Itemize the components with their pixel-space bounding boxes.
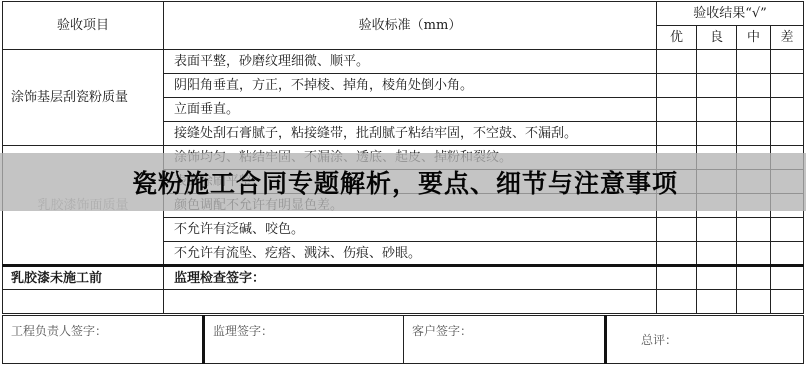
check-cell-excellent[interactable] [657, 290, 697, 314]
check-cell-fair[interactable] [737, 218, 771, 242]
check-cell-excellent[interactable] [657, 122, 697, 146]
table-row: 涂饰基层刮瓷粉质量 表面平整，砂磨纹理细微、顺平。 [3, 50, 804, 74]
criterion: 阴阳角垂直，方正，不掉棱、掉角，棱角处倒小角。 [164, 74, 657, 98]
check-cell-poor[interactable] [771, 218, 804, 242]
pre-construction-row: 乳胶漆未施工前 监理检查签字： [3, 266, 804, 290]
supervisor-signature-field[interactable]: 监理签字： [204, 316, 404, 364]
check-cell-excellent[interactable] [657, 74, 697, 98]
title-overlay-banner: 瓷粉施工合同专题解析，要点、细节与注意事项 [0, 153, 806, 211]
acceptance-form: 验收项目 验收标准（mm） 验收结果“√” 优 良 中 差 涂饰基层刮瓷粉质量 … [0, 0, 806, 365]
signature-table: 工程负责人签字： 监理签字： 客户签字： 总评： [2, 315, 804, 364]
check-cell-poor[interactable] [771, 74, 804, 98]
blank-cell[interactable] [164, 290, 657, 314]
supervisor-check-label: 监理检查签字： [164, 266, 657, 290]
grade-fair: 中 [737, 26, 771, 50]
grade-poor: 差 [771, 26, 804, 50]
grade-excellent: 优 [657, 26, 697, 50]
check-cell-fair[interactable] [737, 98, 771, 122]
header-result: 验收结果“√” [657, 2, 804, 26]
header-row: 验收项目 验收标准（mm） 验收结果“√” [3, 2, 804, 26]
check-cell-excellent[interactable] [657, 266, 697, 290]
customer-signature-field[interactable]: 客户签字： [404, 316, 606, 364]
overlay-title: 瓷粉施工合同专题解析，要点、细节与注意事项 [132, 164, 678, 200]
criterion: 不允许有流坠、疙瘩、溅沫、伤痕、砂眼。 [164, 242, 657, 266]
blank-cell[interactable] [3, 290, 164, 314]
check-cell-fair[interactable] [737, 122, 771, 146]
check-cell-good[interactable] [697, 98, 737, 122]
check-cell-poor[interactable] [771, 242, 804, 266]
pre-construction-label: 乳胶漆未施工前 [3, 266, 164, 290]
check-cell-good[interactable] [697, 74, 737, 98]
blank-row [3, 290, 804, 314]
check-cell-fair[interactable] [737, 74, 771, 98]
check-cell-excellent[interactable] [657, 242, 697, 266]
check-cell-good[interactable] [697, 50, 737, 74]
check-cell-fair[interactable] [737, 290, 771, 314]
section-item-base-coat: 涂饰基层刮瓷粉质量 [3, 50, 164, 146]
check-cell-poor[interactable] [771, 290, 804, 314]
check-cell-excellent[interactable] [657, 98, 697, 122]
check-cell-poor[interactable] [771, 266, 804, 290]
criterion: 立面垂直。 [164, 98, 657, 122]
criterion: 表面平整，砂磨纹理细微、顺平。 [164, 50, 657, 74]
check-cell-excellent[interactable] [657, 218, 697, 242]
criterion: 不允许有泛碱、咬色。 [164, 218, 657, 242]
engineer-signature-field[interactable]: 工程负责人签字： [3, 316, 204, 364]
check-cell-good[interactable] [697, 266, 737, 290]
check-cell-good[interactable] [697, 242, 737, 266]
check-cell-fair[interactable] [737, 266, 771, 290]
criterion: 接缝处刮石膏腻子，粘接缝带，批刮腻子粘结牢固，不空鼓、不漏刮。 [164, 122, 657, 146]
check-cell-poor[interactable] [771, 98, 804, 122]
grade-good: 良 [697, 26, 737, 50]
check-cell-poor[interactable] [771, 50, 804, 74]
check-cell-fair[interactable] [737, 50, 771, 74]
check-cell-excellent[interactable] [657, 50, 697, 74]
check-cell-good[interactable] [697, 122, 737, 146]
overall-evaluation-field[interactable]: 总评： [606, 316, 804, 364]
check-cell-good[interactable] [697, 218, 737, 242]
check-cell-fair[interactable] [737, 242, 771, 266]
header-standard: 验收标准（mm） [164, 2, 657, 50]
check-cell-good[interactable] [697, 290, 737, 314]
header-item: 验收项目 [3, 2, 164, 50]
check-cell-poor[interactable] [771, 122, 804, 146]
